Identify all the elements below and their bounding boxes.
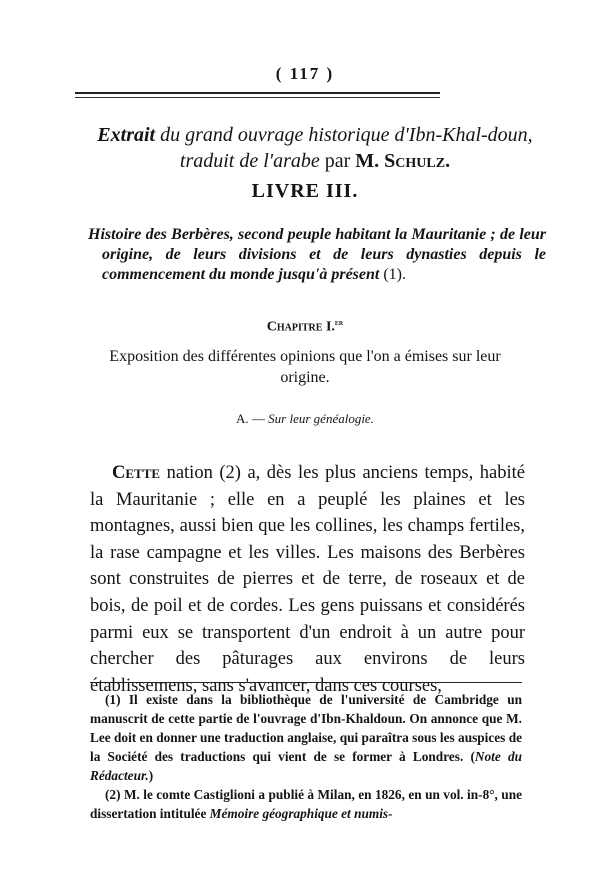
article-title: Extrait du grand ouvrage historique d'Ib… [80,122,550,174]
footnote-1-tail: ) [149,768,153,783]
title-lead-word: Extrait [97,124,155,146]
subtitle-text: Histoire des Berbères, second peuple hab… [88,226,546,283]
body-lead-word: Cette [112,463,160,483]
header-double-rule [75,92,440,98]
section-heading: A. — Sur leur généalogie. [0,411,610,427]
section-title: Sur leur généalogie. [268,411,374,426]
footnote-separator [90,682,522,683]
chapter-title: Exposition des différentes opinions que … [100,346,510,388]
footnotes: (1) Il existe dans la bibliothèque de l'… [90,690,522,823]
footnote-1-text: (1) Il existe dans la bibliothèque de l'… [90,692,522,764]
footnote-2: (2) M. le comte Castiglioni a publié à M… [90,785,522,823]
subtitle-footnote-ref: (1). [379,266,406,283]
page-number: ( 117 ) [0,64,610,84]
title-author: M. Schulz. [355,150,450,172]
body-paragraph: Cette nation (2) a, dès les plus anciens… [90,460,525,699]
body-text: Cette nation (2) a, dès les plus anciens… [90,460,525,699]
book-heading: LIVRE III. [0,180,610,203]
body-paragraph-text: nation (2) a, dès les plus anciens temps… [90,463,525,696]
chapter-superscript: er [335,317,343,327]
chapter-label: Chapitre I. [267,320,335,335]
footnote-2-italic: Mémoire géographique et numis- [210,806,393,821]
document-page: ( 117 ) Extrait du grand ouvrage histori… [0,0,610,885]
title-by: par [320,150,356,172]
book-subtitle: Histoire des Berbères, second peuple hab… [88,225,546,285]
section-letter: A. — [236,411,268,426]
chapter-heading: Chapitre I.er [0,317,610,336]
footnote-1: (1) Il existe dans la bibliothèque de l'… [90,690,522,785]
